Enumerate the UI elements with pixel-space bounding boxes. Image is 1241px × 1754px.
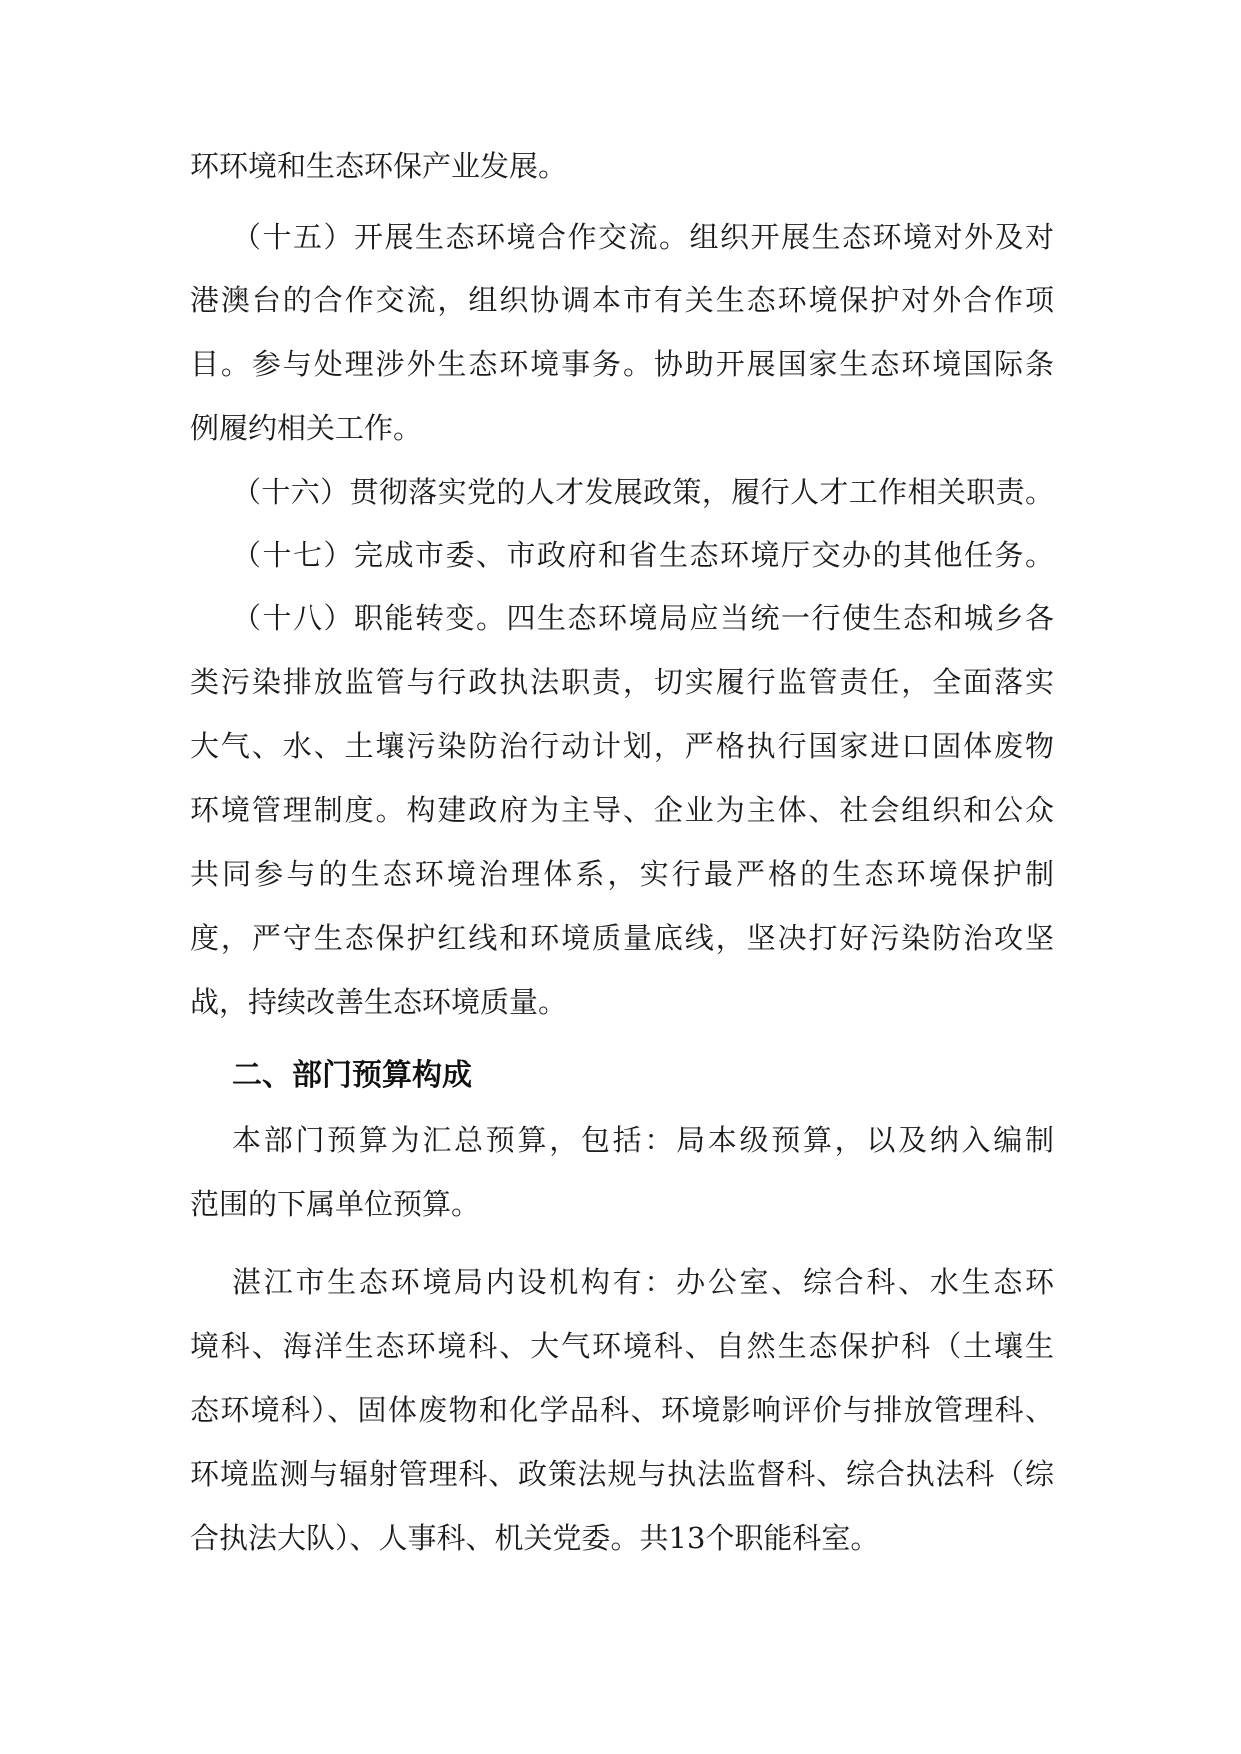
item-15-line: 例履约相关工作。 xyxy=(190,410,1054,446)
paragraph-line: 环环境和生态环保产业发展。 xyxy=(190,148,1054,184)
section-2-para-2-line: 境科、海洋生态环境科、大气环境科、自然生态保护科（土壤生 xyxy=(190,1328,1054,1364)
item-18-line: 大气、水、土壤污染防治行动计划，严格执行国家进口固体废物 xyxy=(190,728,1054,764)
item-15-line: 目。参与处理涉外生态环境事务。协助开展国家生态环境国际条 xyxy=(190,346,1054,382)
item-18-line: 类污染排放监管与行政执法职责，切实履行监管责任，全面落实 xyxy=(190,664,1054,700)
item-18-line: 度，严守生态保护红线和环境质量底线，坚决打好污染防治攻坚 xyxy=(190,920,1054,956)
section-2-para-2-line: 湛江市生态环境局内设机构有：办公室、综合科、水生态环 xyxy=(232,1264,1054,1300)
section-2-para-1-line: 本部门预算为汇总预算，包括：局本级预算，以及纳入编制 xyxy=(232,1122,1054,1158)
section-2-para-2-line: 合执法大队）、人事科、机关党委。共13个职能科室。 xyxy=(190,1520,1054,1556)
item-18-line: 共同参与的生态环境治理体系，实行最严格的生态环境保护制 xyxy=(190,856,1054,892)
section-heading: 二、部门预算构成 xyxy=(232,1058,472,1094)
item-15-line: 港澳台的合作交流，组织协调本市有关生态环境保护对外合作项 xyxy=(190,282,1054,318)
item-18-line: 战，持续改善生态环境质量。 xyxy=(190,984,1054,1020)
section-2-para-2-line: 环境监测与辐射管理科、政策法规与执法监督科、综合执法科（综 xyxy=(190,1456,1054,1492)
section-2-para-1-line: 范围的下属单位预算。 xyxy=(190,1186,1054,1222)
item-18-line: （十八）职能转变。四生态环境局应当统一行使生态和城乡各 xyxy=(232,600,1054,636)
item-17-line: （十七）完成市委、市政府和省生态环境厅交办的其他任务。 xyxy=(232,537,1054,573)
item-16-line: （十六）贯彻落实党的人才发展政策，履行人才工作相关职责。 xyxy=(232,474,1054,510)
document-page: 环环境和生态环保产业发展。 （十五）开展生态环境合作交流。组织开展生态环境对外及… xyxy=(0,0,1241,1754)
item-15-line: （十五）开展生态环境合作交流。组织开展生态环境对外及对 xyxy=(232,219,1054,255)
section-2-para-2-line: 态环境科）、固体废物和化学品科、环境影响评价与排放管理科、 xyxy=(190,1392,1054,1428)
item-18-line: 环境管理制度。构建政府为主导、企业为主体、社会组织和公众 xyxy=(190,792,1054,828)
